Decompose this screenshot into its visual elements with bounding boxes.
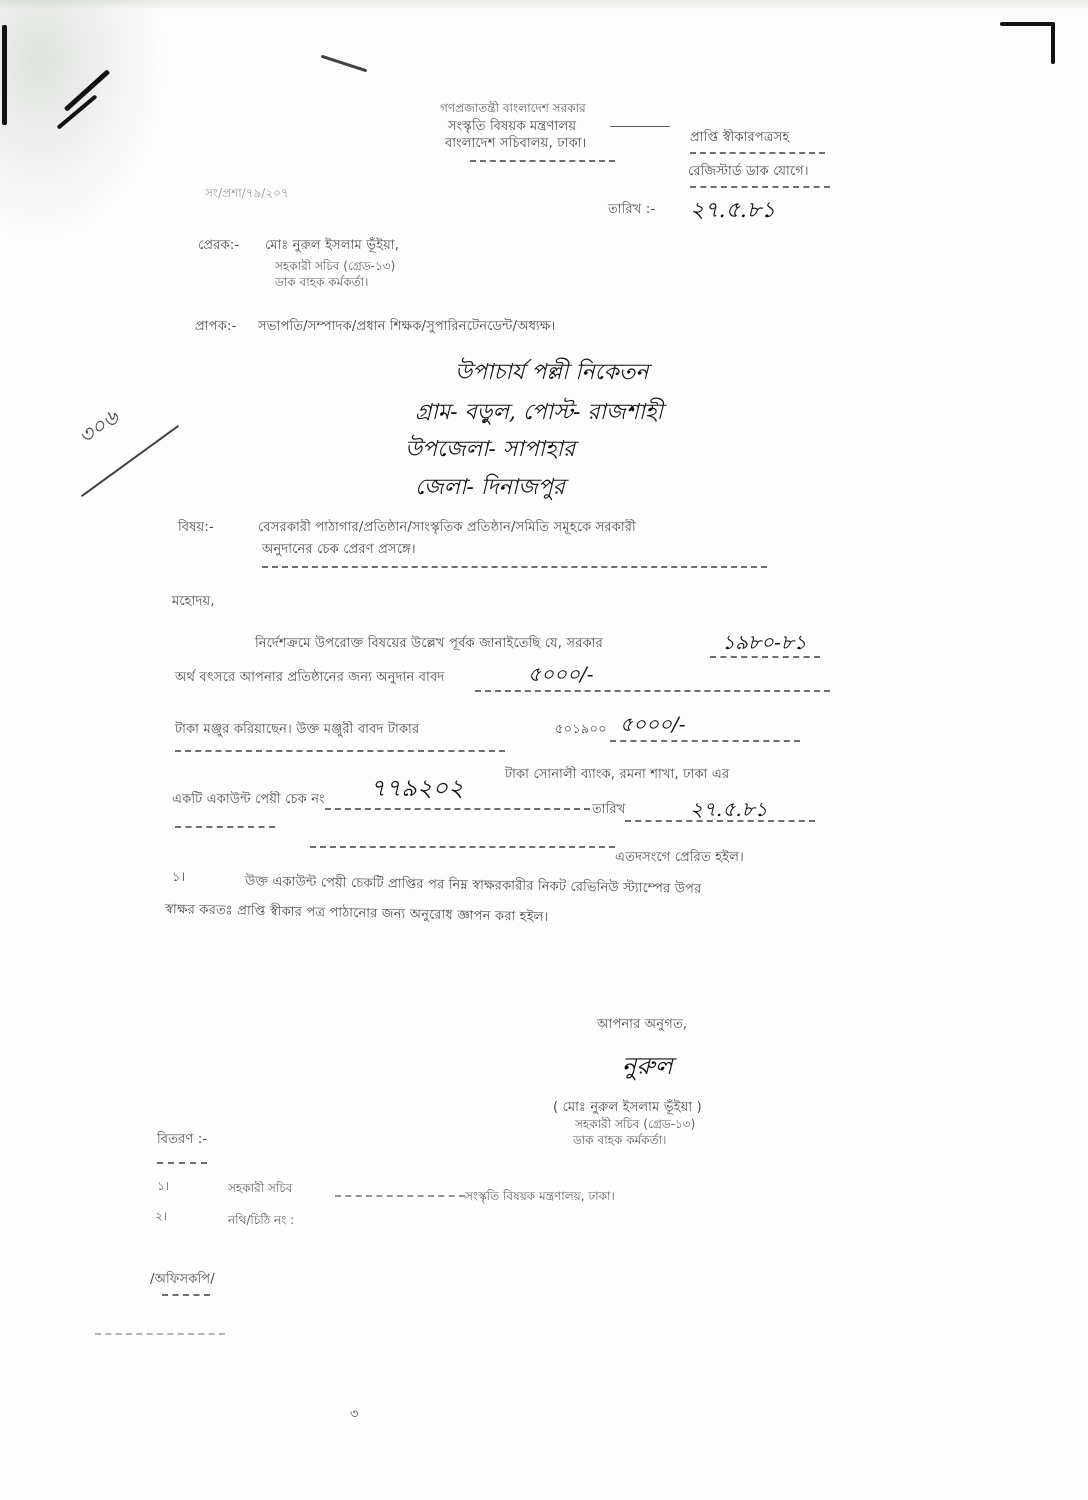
right-corner-bracket xyxy=(1000,22,1055,26)
signature-scrawl: নুরুল xyxy=(622,1048,673,1088)
para4-text: টাকা সোনালী ব্যাংক, রমনা শাখা, ঢাকা এর xyxy=(505,765,729,786)
addressee-handwritten-line-1: উপাচার্য পল্লী নিকেতন xyxy=(455,355,649,392)
subject-underline xyxy=(262,566,767,568)
distribution-item-1-no: ১। xyxy=(157,1178,169,1198)
distribution-item-1-text: সহকারী সচিব xyxy=(228,1180,292,1200)
distribution-label: বিতরণ :- xyxy=(157,1130,207,1151)
sender-office: ডাক বাহক কর্মকর্তা। xyxy=(275,274,368,294)
para5-date-label: তারিখ xyxy=(592,800,626,821)
right-corner-bracket-tick xyxy=(1051,22,1055,64)
item-number: ১। xyxy=(172,868,186,889)
date-label: তারিখ :- xyxy=(608,200,655,221)
para1-text: নির্দেশক্রমে উপরোক্ত বিষয়ের উল্লেখ পূর্… xyxy=(255,634,603,655)
office-copy-underline xyxy=(162,1294,210,1296)
header-underline xyxy=(470,160,615,162)
distribution-item-1-suffix: সংস্কৃতি বিষয়ক মন্ত্রণালয়, ঢাকা। xyxy=(465,1188,615,1208)
ministry-line-3: বাংলাদেশ সচিবালয়, ঢাকা। xyxy=(445,134,587,155)
top-pen-stroke xyxy=(321,55,368,73)
cheque-amount: ৫০০০/- xyxy=(620,710,686,743)
addressee-handwritten-line-4: জেলা- দিনাজপুর xyxy=(415,470,565,507)
left-edge-mark xyxy=(2,25,7,125)
delivery-mode: রেজিস্টার্ড ডাক যোগে। xyxy=(688,162,809,183)
para4-blank xyxy=(175,750,505,752)
margin-note: ৩০৬ xyxy=(71,401,127,456)
header-connector-line xyxy=(610,126,670,127)
addressee-printed: সভাপতি/সম্পাদক/প্রধান শিক্ষক/সুপারিনটেনড… xyxy=(258,317,556,338)
closing: আপনার অনুগত, xyxy=(597,1015,687,1036)
subject-label: বিষয়:- xyxy=(178,518,214,539)
salutation: মহোদয়, xyxy=(172,592,215,613)
addressee-handwritten-line-2: গ্রাম- বড়ুল, পোস্ট- রাজশাহী xyxy=(415,395,663,432)
para5-text: একটি একাউন্ট পেয়ী চেক নং xyxy=(172,790,325,811)
subject-line-1: বেসরকারী পাঠাগার/প্রতিষ্ঠান/সাংস্কৃতিক প… xyxy=(258,518,636,539)
distribution-underline xyxy=(157,1162,207,1164)
recipient-notice-underline xyxy=(690,152,825,154)
grant-year: ১৯৮০-৮১ xyxy=(722,628,807,661)
recipient-notice: প্রাপ্তি স্বীকারপত্রসহ xyxy=(690,128,789,149)
cheque-date: ২৭.৫.৮১ xyxy=(690,795,768,828)
sender-name: মোঃ নুরুল ইসলাম ভূঁইয়া, xyxy=(265,236,399,257)
item-text-line-2: স্বাক্ষর করতঃ প্রাপ্তি স্বীকার পত্র পাঠা… xyxy=(165,900,549,929)
para6-blank-left xyxy=(175,826,275,828)
subject-line-2: অনুদানের চেক প্রেরণ প্রসঙ্গে। xyxy=(262,540,416,561)
page-number: ৩ xyxy=(350,1405,359,1426)
para3-text: টাকা মঞ্জুর করিয়াছেন। উক্ত মঞ্জুরী বাবদ… xyxy=(175,720,419,741)
item-text-line-1: উক্ত একাউন্ট পেয়ী চেকটি প্রাপ্তির পর নি… xyxy=(245,872,702,901)
memo-number: সং/প্রশা/৭৯/২০৭ xyxy=(205,185,289,205)
delivery-mode-underline xyxy=(690,186,830,188)
distribution-item-2-text: নথি/চিঠি নং : xyxy=(228,1212,294,1232)
distribution-item-2-no: ২। xyxy=(155,1208,167,1228)
signer-office: ডাক বাহক কর্মকর্তা। xyxy=(573,1132,666,1152)
addressee-handwritten-line-3: উপজেলা- সাপাহার xyxy=(405,432,575,469)
office-copy: /অফিসকপি/ xyxy=(150,1270,215,1291)
para6-text: এতদসংগে প্রেরিত হইল। xyxy=(615,848,744,869)
para2-text: অর্থ বৎসরে আপনার প্রতিষ্ঠানের জন্য অনুদা… xyxy=(175,668,444,689)
distribution-item-1-blank xyxy=(335,1195,465,1197)
date-value: ২৭.৫.৮১ xyxy=(690,193,775,230)
footer-faint-line xyxy=(95,1333,225,1335)
grant-amount: ৫০০০/- xyxy=(528,660,594,693)
cheque-number: ৭৭৯২০২ xyxy=(370,770,464,810)
sender-label: প্রেরক:- xyxy=(198,236,239,257)
addressee-label: প্রাপক:- xyxy=(195,317,236,338)
para3-code: ৫০১৯০০ xyxy=(555,720,607,741)
para6-blank xyxy=(310,846,615,848)
